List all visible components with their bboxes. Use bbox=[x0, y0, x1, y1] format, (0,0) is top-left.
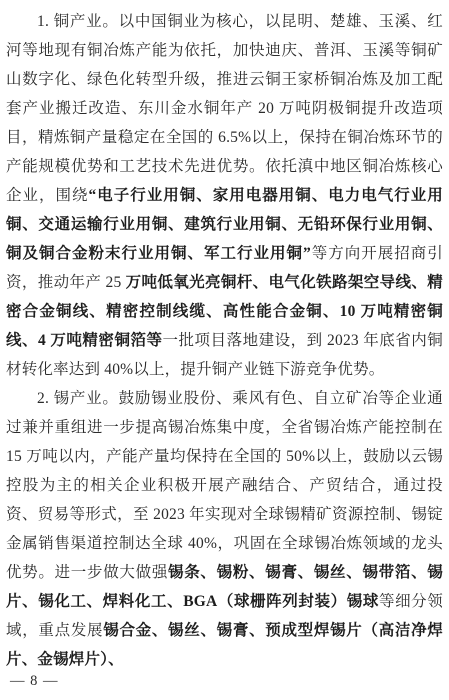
paragraph: 2. 锡产业。鼓励锡业股份、乘风有色、自立矿冶等企业通过兼并重组进一步提高锡冶炼… bbox=[6, 384, 443, 674]
text-run: 1. 铜产业。以中国铜业为核心，以昆明、楚雄、玉溪、红河等地现有铜冶炼产能为依托… bbox=[6, 13, 443, 204]
document-page: 1. 铜产业。以中国铜业为核心，以昆明、楚雄、玉溪、红河等地现有铜冶炼产能为依托… bbox=[0, 0, 449, 700]
page-number: — 8 — bbox=[10, 673, 59, 690]
text-run: 2. 锡产业。鼓励锡业股份、乘风有色、自立矿冶等企业通过兼并重组进一步提高锡冶炼… bbox=[6, 390, 443, 581]
paragraph: 1. 铜产业。以中国铜业为核心，以昆明、楚雄、玉溪、红河等地现有铜冶炼产能为依托… bbox=[6, 7, 443, 384]
document-body: 1. 铜产业。以中国铜业为核心，以昆明、楚雄、玉溪、红河等地现有铜冶炼产能为依托… bbox=[6, 7, 443, 674]
